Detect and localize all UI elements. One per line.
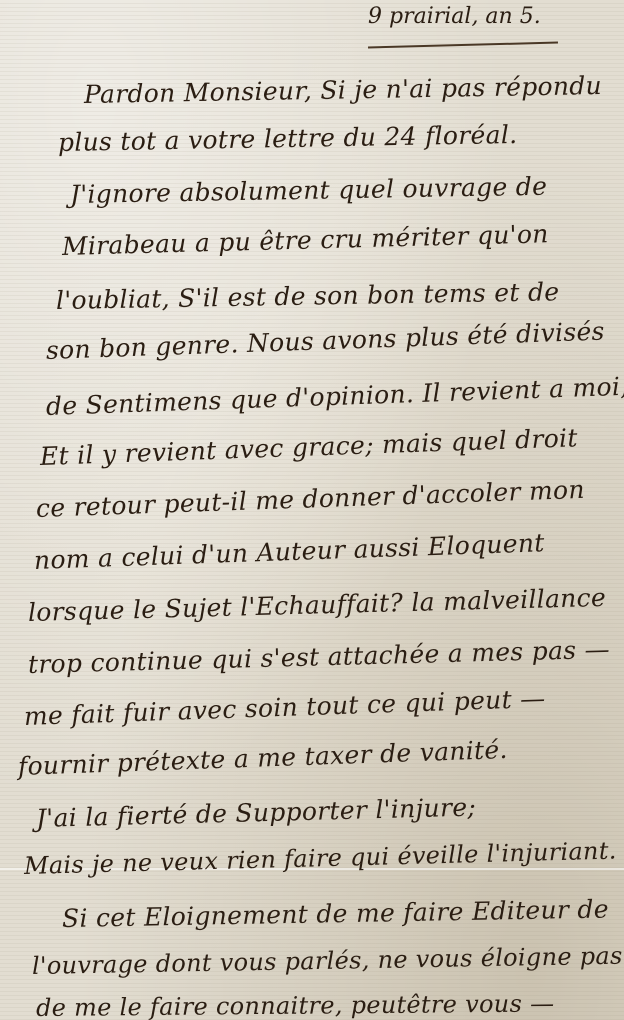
letter-line: de me le faire connaitre, peutêtre vous … [36, 989, 555, 1020]
letter-line: Si cet Eloignement de me faire Editeur d… [62, 894, 609, 933]
letter-line: ce retour peut-il me donner d'accoler mo… [35, 475, 585, 523]
date-underline [368, 42, 558, 49]
letter-line: Et il y revient avec grace; mais quel dr… [39, 423, 578, 471]
letter-date: 9 prairial, an 5. [368, 4, 541, 29]
letter-line: trop continue qui s'est attachée a mes p… [28, 635, 611, 679]
letter-line: me fait fuir avec soin tout ce qui peut … [23, 684, 545, 731]
letter-line: de Sentimens que d'opinion. Il revient a… [45, 372, 624, 421]
letter-line: Mirabeau a pu être cru mériter qu'on [62, 219, 549, 261]
letter-line: Mais je ne veux rien faire qui éveille l… [24, 836, 617, 880]
letter-line: lorsque le Sujet l'Echauffait? la malvei… [28, 583, 607, 627]
letter-line: Pardon Monsieur, Si je n'ai pas répondu [84, 71, 602, 109]
letter-line: plus tot a votre lettre du 24 floréal. [58, 120, 518, 157]
letter-line: son bon genre. Nous avons plus été divis… [45, 317, 605, 365]
letter-line: J'ai la fierté de Supporter l'injure; [36, 792, 477, 833]
letter-line: fournir prétexte a me taxer de vanité. [17, 735, 508, 781]
letter-line: nom a celui d'un Auteur aussi Eloquent [33, 528, 545, 575]
letter-line: l'ouvrage dont vous parlés, ne vous éloi… [32, 942, 623, 980]
letter-line: J'ignore absolument quel ouvrage de [70, 172, 548, 209]
letter-line: l'oubliat, S'il est de son bon tems et d… [56, 277, 560, 315]
letter-page: 9 prairial, an 5. Pardon Monsieur, Si je… [0, 0, 624, 1020]
